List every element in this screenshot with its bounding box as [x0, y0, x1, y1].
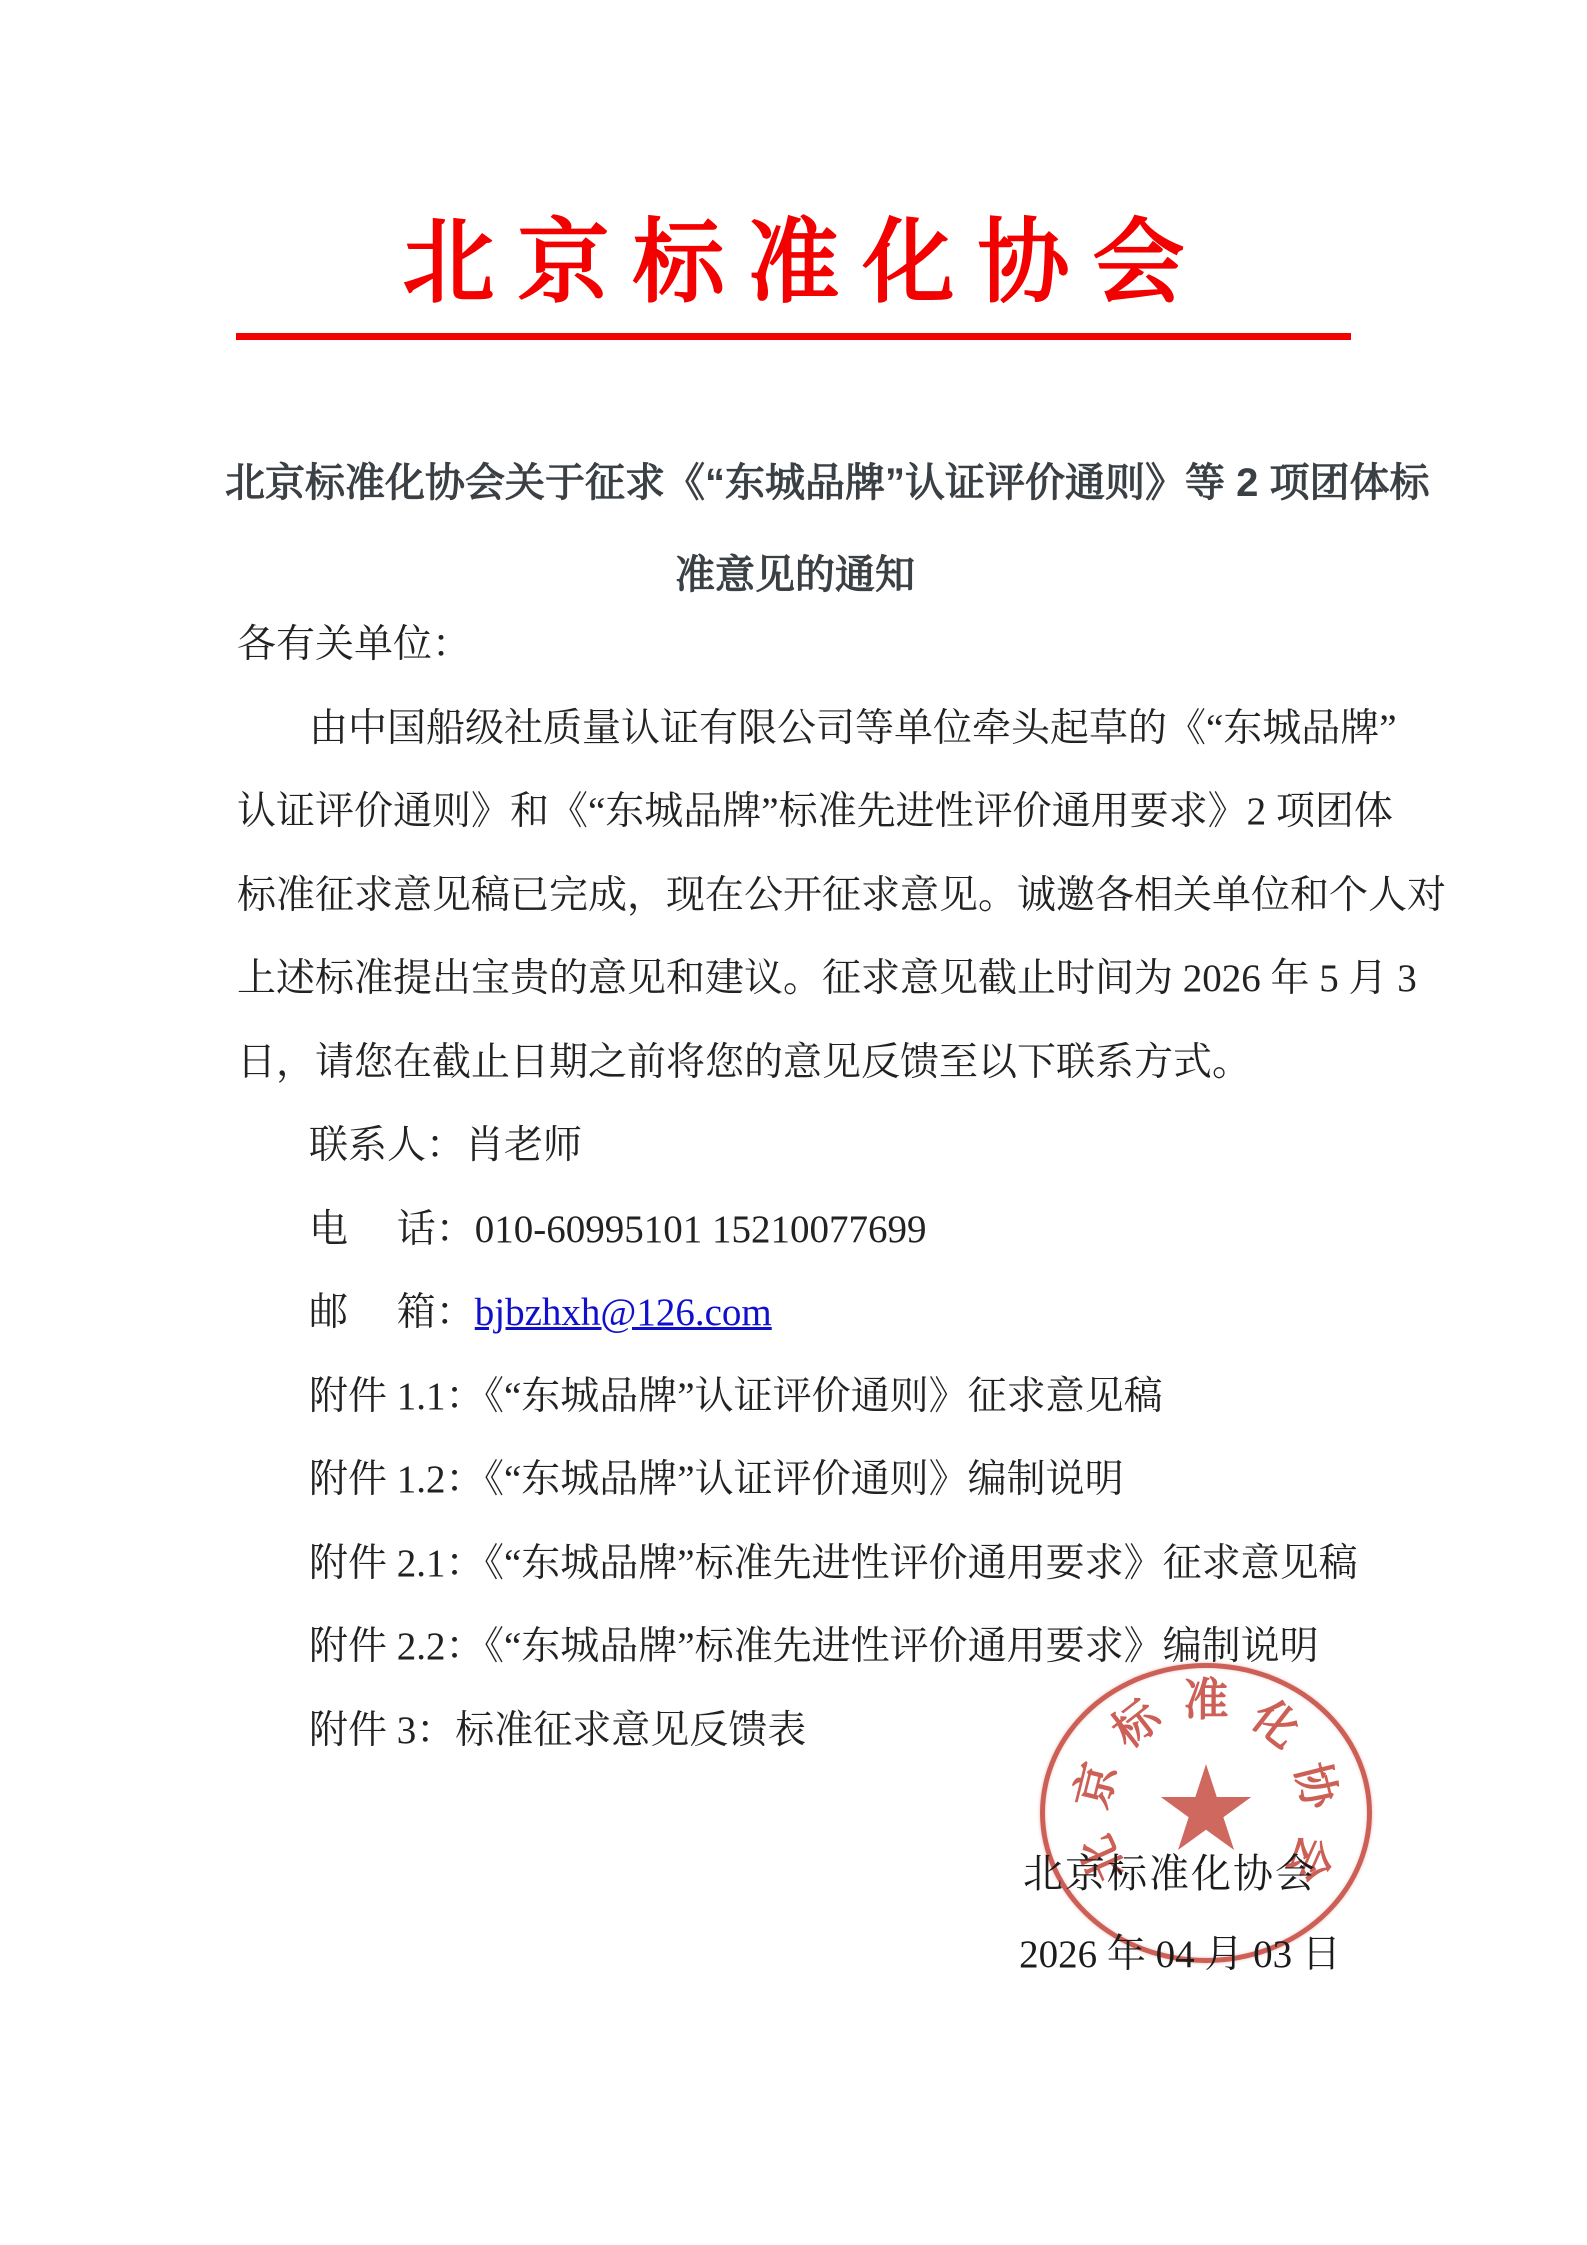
email-label: 邮 箱： — [309, 1291, 475, 1334]
document-page: 北 京 标 准 化 协 会 北京标准化协会关于征求《“东城品牌”认证评价通则》等… — [0, 0, 1587, 2245]
document-body: 各有关单位： 由中国船级社质量认证有限公司等单位牵头起草的《“东城品牌” 认证评… — [237, 603, 1367, 1772]
seal-ring-char: 准 — [1183, 1677, 1229, 1723]
signature-org-name: 北京标准化协会 — [890, 1848, 1450, 1900]
contact-person-line: 联系人：肖老师 — [237, 1104, 1367, 1188]
salutation-line: 各有关单位： — [237, 603, 1367, 687]
paragraph-line: 上述标准提出宝贵的意见和建议。征求意见截止时间为 2026 年 5 月 3 — [237, 937, 1367, 1021]
paragraph-line: 认证评价通则》和《“东城品牌”标准先进性评价通用要求》2 项团体 — [237, 770, 1367, 854]
attachment-line-1-1: 附件 1.1：《“东城品牌”认证评价通则》征求意见稿 — [237, 1355, 1367, 1439]
attachment-line-2-1: 附件 2.1：《“东城品牌”标准先进性评价通用要求》征求意见稿 — [237, 1522, 1367, 1606]
signature-date: 2026 年 04 月 03 日 — [890, 1929, 1470, 1981]
letterhead-org-name: 北 京 标 准 化 协 会 — [0, 208, 1587, 318]
document-title-line1: 北京标准化协会关于征求《“东城品牌”认证评价通则》等 2 项团体标 — [225, 437, 1365, 529]
contact-email-line: 邮 箱：bjbzhxh@126.com — [237, 1271, 1367, 1355]
attachment-line-1-2: 附件 1.2：《“东城品牌”认证评价通则》编制说明 — [237, 1438, 1367, 1522]
letterhead-divider-rule — [236, 333, 1351, 340]
paragraph-line: 日，请您在截止日期之前将您的意见反馈至以下联系方式。 — [237, 1021, 1367, 1105]
paragraph-line: 标准征求意见稿已完成，现在公开征求意见。诚邀各相关单位和个人对 — [237, 854, 1367, 938]
contact-phone-line: 电 话：010-60995101 15210077699 — [237, 1188, 1367, 1272]
document-title: 北京标准化协会关于征求《“东城品牌”认证评价通则》等 2 项团体标 准意见的通知 — [225, 437, 1365, 621]
official-seal-stamp: ★ 北 京 标 准 化 协 会 — [1040, 1663, 1372, 1963]
paragraph-line: 由中国船级社质量认证有限公司等单位牵头起草的《“东城品牌” — [237, 687, 1367, 771]
email-link[interactable]: bjbzhxh@126.com — [475, 1291, 772, 1334]
